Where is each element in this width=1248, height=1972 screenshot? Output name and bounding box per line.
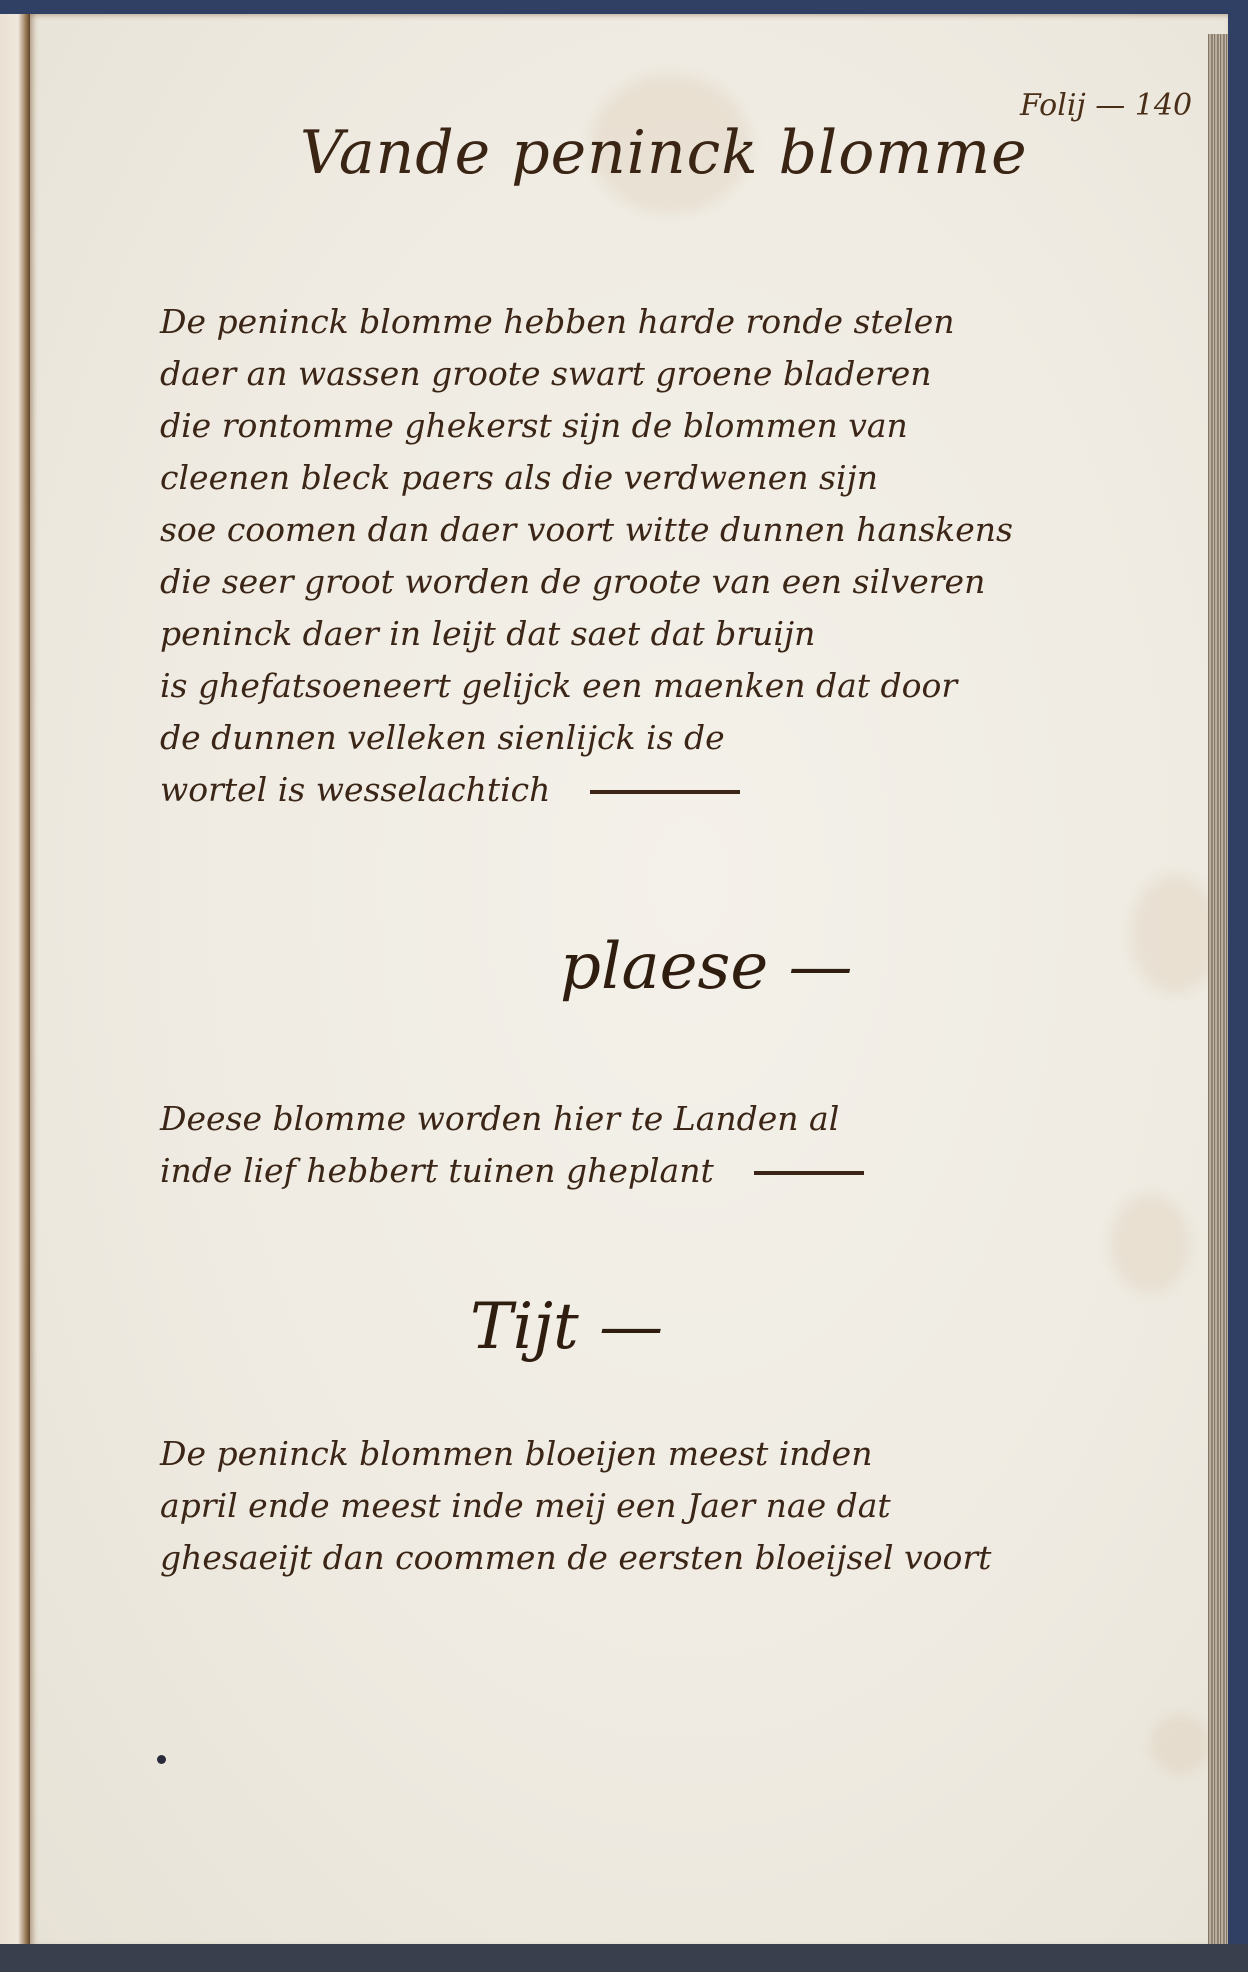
section-description: De peninck blomme hebben harde ronde ste… xyxy=(160,296,1013,816)
line-filler-stroke xyxy=(754,1171,864,1175)
text-line: inde lief hebbert tuinen gheplant xyxy=(160,1151,714,1190)
text-line: april ende meest inde meij een Jaer nae … xyxy=(160,1480,991,1532)
page-title: Vande peninck blomme xyxy=(300,118,1028,188)
ink-dot xyxy=(157,1755,166,1764)
text-line: die seer groot worden de groote van een … xyxy=(160,556,1013,608)
page-edges xyxy=(1208,34,1228,1972)
section-time: De peninck blommen bloeijen meest inden … xyxy=(160,1428,991,1584)
text-line: soe coomen dan daer voort witte dunnen h… xyxy=(160,504,1013,556)
text-line: ghesaeijt dan coommen de eersten bloeijs… xyxy=(160,1532,991,1584)
text-line: daer an wassen groote swart groene blade… xyxy=(160,348,1013,400)
line-filler-stroke xyxy=(590,790,740,794)
section-heading-time: Tijt — xyxy=(470,1290,663,1364)
text-line-end: wortel is wesselachtich xyxy=(160,764,1013,816)
paper-stain xyxy=(1110,1194,1190,1294)
text-line: is ghefatsoeneert gelijck een maenken da… xyxy=(160,660,1013,712)
text-line: wortel is wesselachtich xyxy=(160,770,550,809)
paper-stain xyxy=(1130,874,1220,994)
text-line: die rontomme ghekerst sijn de blommen va… xyxy=(160,400,1013,452)
page-bottom-edge xyxy=(0,1944,1248,1972)
section-heading-place: plaese — xyxy=(560,930,853,1004)
text-line: De peninck blomme hebben harde ronde ste… xyxy=(160,296,1013,348)
text-line: Deese blomme worden hier te Landen al xyxy=(160,1093,864,1145)
paper-stain xyxy=(1150,1714,1210,1774)
manuscript-scan: Folij — 140 Vande peninck blomme De peni… xyxy=(0,0,1248,1972)
section-place: Deese blomme worden hier te Landen al in… xyxy=(160,1093,864,1197)
text-line: cleenen bleck paers als die verdwenen si… xyxy=(160,452,1013,504)
folio-number: Folij — 140 xyxy=(1020,88,1192,123)
text-line: de dunnen velleken sienlijck is de xyxy=(160,712,1013,764)
text-line-end: inde lief hebbert tuinen gheplant xyxy=(160,1145,864,1197)
left-page-edge xyxy=(0,14,30,1944)
text-line: De peninck blommen bloeijen meest inden xyxy=(160,1428,991,1480)
text-line: peninck daer in leijt dat saet dat bruij… xyxy=(160,608,1013,660)
